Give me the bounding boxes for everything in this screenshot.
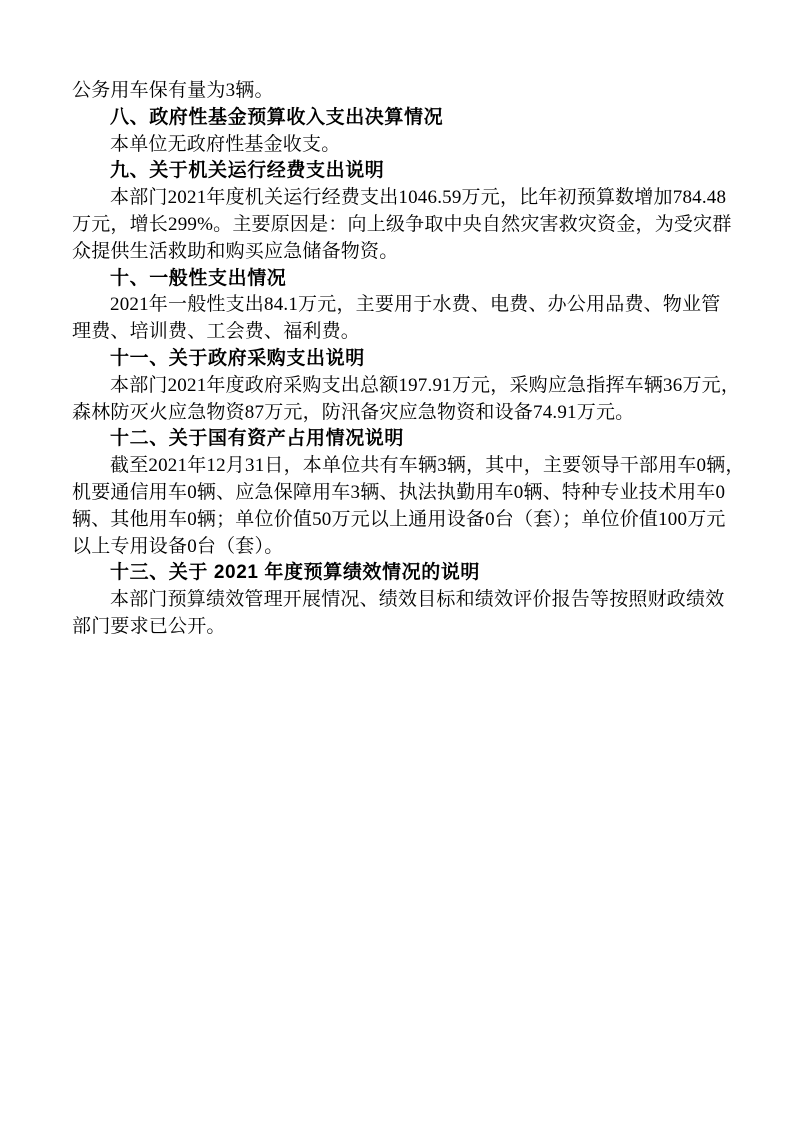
document-page: 公务用车保有量为3辆。八、政府性基金预算收入支出决算情况本单位无政府性基金收支。… <box>0 0 793 1122</box>
text-line: 截至2021年12月31日，本单位共有车辆3辆，其中，主要领导干部用车0辆， <box>72 453 722 480</box>
text-line: 辆、其他用车0辆；单位价值50万元以上通用设备0台（套）；单位价值100万元 <box>72 507 722 534</box>
text-line: 以上专用设备0台（套）。 <box>72 534 722 561</box>
section-heading: 十三、关于 2021 年度预算绩效情况的说明 <box>72 560 722 587</box>
text-line: 本部门预算绩效管理开展情况、绩效目标和绩效评价报告等按照财政绩效 <box>72 587 722 614</box>
text-line: 2021年一般性支出84.1万元，主要用于水费、电费、办公用品费、物业管 <box>72 292 722 319</box>
section-heading: 十二、关于国有资产占用情况说明 <box>72 426 722 453</box>
text-line: 森林防灭火应急物资87万元，防汛备灾应急物资和设备74.91万元。 <box>72 400 722 427</box>
section-heading: 九、关于机关运行经费支出说明 <box>72 158 722 185</box>
text-line: 本单位无政府性基金收支。 <box>72 132 722 159</box>
text-line: 众提供生活救助和购买应急储备物资。 <box>72 239 722 266</box>
text-line: 万元，增长299%。主要原因是：向上级争取中央自然灾害救灾资金，为受灾群 <box>72 212 722 239</box>
text-line: 部门要求已公开。 <box>72 614 722 641</box>
text-line: 理费、培训费、工会费、福利费。 <box>72 319 722 346</box>
document-content: 公务用车保有量为3辆。八、政府性基金预算收入支出决算情况本单位无政府性基金收支。… <box>72 78 722 641</box>
section-heading: 八、政府性基金预算收入支出决算情况 <box>72 105 722 132</box>
text-line: 公务用车保有量为3辆。 <box>72 78 722 105</box>
section-heading: 十一、关于政府采购支出说明 <box>72 346 722 373</box>
text-line: 机要通信用车0辆、应急保障用车3辆、执法执勤用车0辆、特种专业技术用车0 <box>72 480 722 507</box>
text-line: 本部门2021年度政府采购支出总额197.91万元，采购应急指挥车辆36万元， <box>72 373 722 400</box>
text-line: 本部门2021年度机关运行经费支出1046.59万元，比年初预算数增加784.4… <box>72 185 722 212</box>
section-heading: 十、一般性支出情况 <box>72 266 722 293</box>
